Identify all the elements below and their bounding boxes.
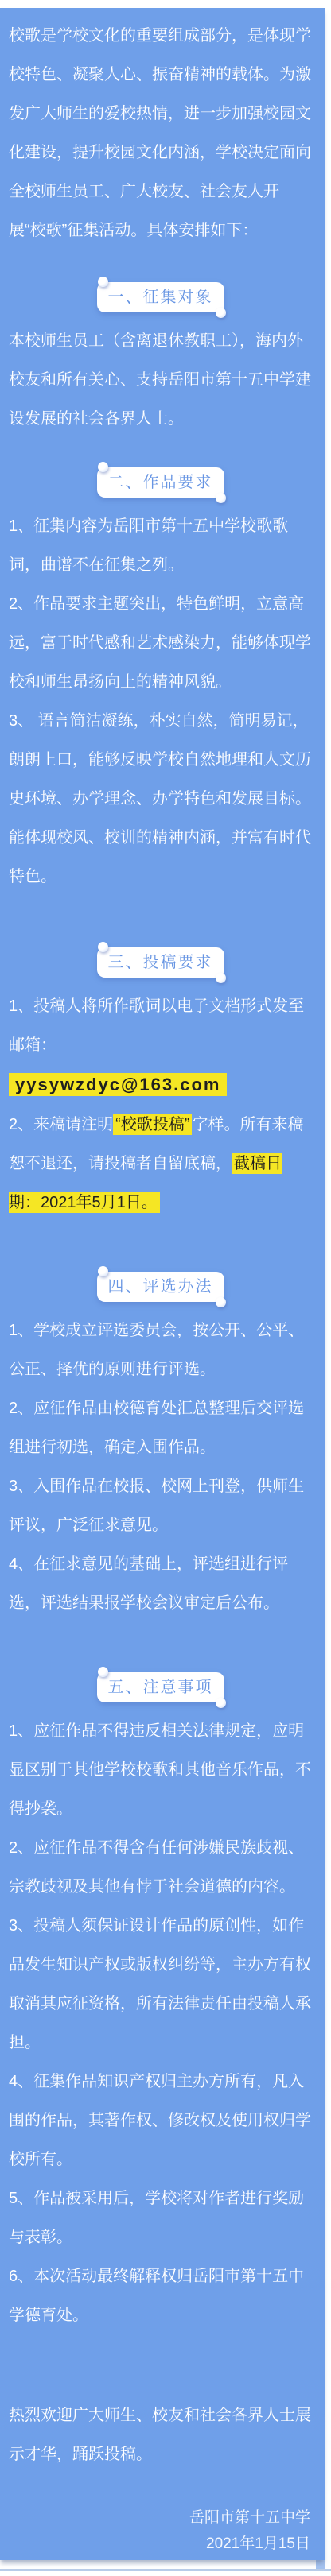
note-text: 2、来稿请注明	[9, 1116, 113, 1133]
pill-corner-dot	[98, 277, 108, 287]
pill-corner-dot	[98, 462, 108, 472]
section-heading-label: 五、注意事项	[108, 1679, 213, 1696]
section-heading-row: 四、评选办法	[9, 1272, 312, 1302]
section-heading-pill-1: 一、征集对象	[97, 282, 224, 312]
paragraph: 3、 语言简洁凝练，朴实自然，简明易记，朗朗上口，能够反映学校自然地理和人文历史…	[9, 702, 312, 897]
pill-corner-dot	[216, 493, 226, 503]
pill-corner-dot	[216, 308, 226, 318]
section-heading-label: 四、评选办法	[108, 1278, 213, 1296]
pill-corner-dot	[216, 973, 226, 983]
signature: 岳阳市第十五中学 2021年1月15日	[9, 2504, 312, 2557]
section-heading-pill-3: 三、投稿要求	[97, 947, 224, 978]
section-heading-label: 一、征集对象	[108, 289, 213, 306]
paragraph: 4、在征求意见的基础上，评选组进行评选，评选结果报学校会议审定后公布。	[9, 1545, 312, 1623]
section-heading-pill-5: 五、注意事项	[97, 1672, 224, 1702]
section-heading-label: 二、作品要求	[108, 474, 213, 491]
pill-corner-dot	[98, 1667, 108, 1677]
section-heading-row: 三、投稿要求	[9, 947, 312, 978]
section-heading-row: 二、作品要求	[9, 467, 312, 498]
paragraph: 2、应征作品不得含有任何涉嫌民族歧视、宗教歧视及其他有悖于社会道德的内容。	[9, 1829, 312, 1907]
signature-date: 2021年1月15日	[9, 2531, 310, 2557]
paragraph: 2、作品要求主题突出，特色鲜明，立意高远，富于时代感和艺术感染力，能够体现学校和…	[9, 585, 312, 702]
paragraph: 5、作品被采用后，学校将对作者进行奖励与表彰。	[9, 2179, 312, 2257]
paragraph: 1、应征作品不得违反相关法律规定，应明显区别于其他学校校歌和其他音乐作品，不得抄…	[9, 1712, 312, 1829]
section-heading-row: 一、征集对象	[9, 282, 312, 312]
section-heading-pill-4: 四、评选办法	[97, 1272, 224, 1302]
section-heading-row: 五、注意事项	[9, 1672, 312, 1702]
paragraph: 1、征集内容为岳阳市第十五中学校歌歌词，曲谱不在征集之列。	[9, 507, 312, 585]
paragraph: 1、投稿人将所作歌词以电子文档形式发至邮箱：	[9, 987, 312, 1065]
pill-corner-dot	[98, 1266, 108, 1276]
pill-corner-dot	[216, 1698, 226, 1708]
email-line: yysywzdyc@163.com	[9, 1065, 312, 1106]
highlighted-label: “校歌投稿”	[113, 1114, 192, 1135]
intro-paragraph: 校歌是学校文化的重要组成部分，是体现学校特色、凝聚人心、振奋精神的载体。为激发广…	[9, 17, 312, 250]
section-heading-pill-2: 二、作品要求	[97, 467, 224, 498]
paragraph: 3、投稿人须保证设计作品的原创性，如作品发生知识产权或版权纠纷等，主办方有权取消…	[9, 1907, 312, 2063]
pill-corner-dot	[98, 942, 108, 952]
submission-email: yysywzdyc@163.com	[9, 1073, 227, 1096]
announcement-panel: 校歌是学校文化的重要组成部分，是体现学校特色、凝聚人心、振奋精神的载体。为激发广…	[0, 8, 325, 2560]
paragraph: 本校师生员工（含离退休教职工），海内外校友和所有关心、支持岳阳市第十五中学建设发…	[9, 322, 312, 439]
closing-paragraph: 热烈欢迎广大师生、校友和社会各界人士展示才华，踊跃投稿。	[9, 2396, 312, 2474]
paragraph: 6、本次活动最终解释权归岳阳市第十五中学德育处。	[9, 2257, 312, 2335]
paragraph: 4、征集作品知识产权归主办方所有，凡入围的作品，其著作权、修改权及使用权归学校所…	[9, 2063, 312, 2179]
bottom-divider	[0, 2569, 331, 2571]
pill-corner-dot	[216, 1297, 226, 1307]
paragraph: 1、学校成立评选委员会，按公开、公平、公正、择优的原则进行评选。	[9, 1311, 312, 1389]
paragraph: 3、入围作品在校报、校网上刊登，供师生评议，广泛征求意见。	[9, 1467, 312, 1545]
section-heading-label: 三、投稿要求	[108, 954, 213, 971]
signature-school: 岳阳市第十五中学	[9, 2504, 310, 2531]
paragraph: 2、应征作品由校德育处汇总整理后交评选组进行初选，确定入围作品。	[9, 1389, 312, 1467]
paragraph: 2、来稿请注明“校歌投稿”字样。所有来稿恕不退还，请投稿者自留底稿，截稿日期：2…	[9, 1106, 312, 1222]
